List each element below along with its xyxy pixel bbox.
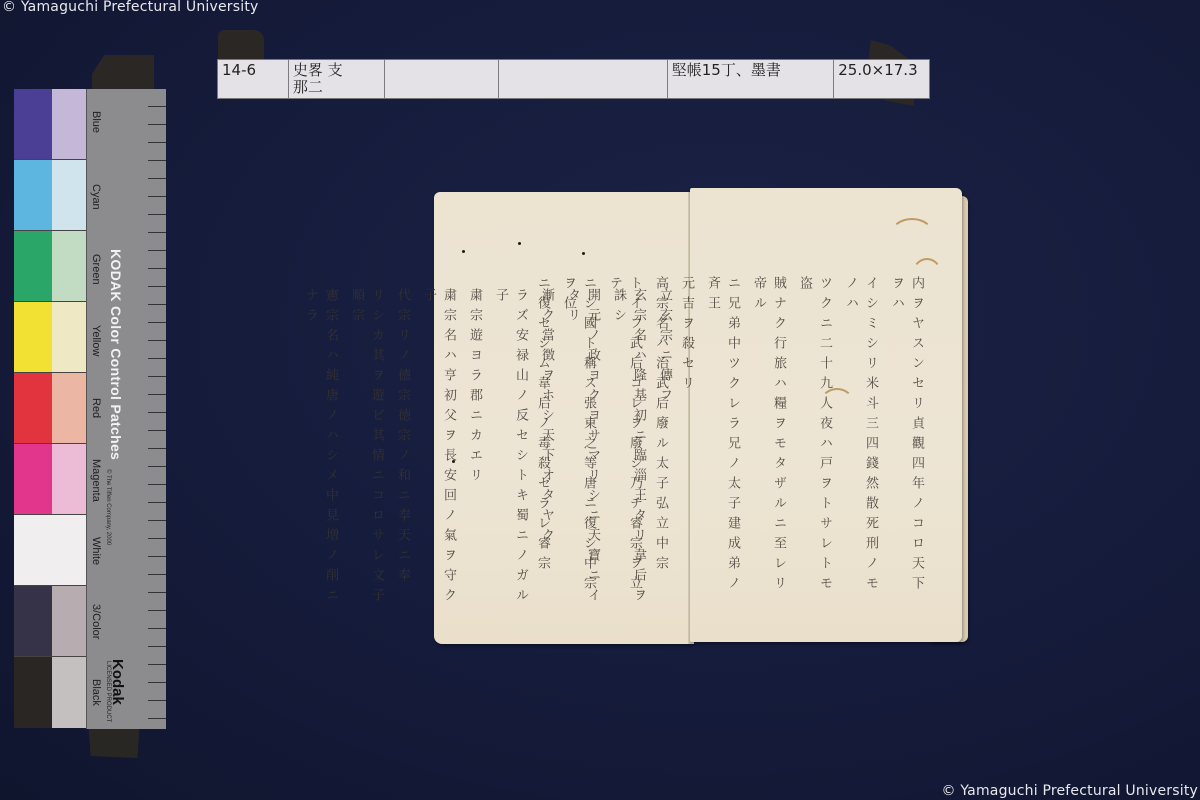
patch-black-light bbox=[52, 657, 86, 728]
text-column: ニシ國ト稱ス張東之等唐ニ復シ中宗ヲ位 bbox=[558, 276, 598, 606]
wormhole-trail bbox=[820, 388, 854, 418]
patch-label-3color: 3/Color bbox=[90, 604, 102, 639]
ink-spot bbox=[518, 242, 521, 245]
copyright-watermark-bottom: © Yamaguchi Prefectural University bbox=[942, 783, 1199, 799]
text-column: イシミシリ米斗三四錢然散死刑ノモノハ bbox=[840, 276, 880, 606]
text-column: リシカ其ヲ遊ビ其情ニコロサレ文子順宗 bbox=[346, 288, 386, 608]
patch-cyan-dark bbox=[14, 160, 52, 231]
patch-yellow-light bbox=[52, 302, 86, 373]
ruler-ticks bbox=[148, 89, 166, 729]
patch-label-cyan: Cyan bbox=[90, 184, 102, 210]
patch-white-spacer bbox=[52, 515, 86, 586]
patch-cyan-light bbox=[52, 160, 86, 231]
patch-green-light bbox=[52, 231, 86, 302]
text-column: ニ兄弟中ツクレラ兄ノ太子建成弟ノ斉王 bbox=[702, 276, 742, 606]
chart-copyright: © The Tiffen Company, 2000 bbox=[105, 469, 111, 545]
kodak-logo: Kodak bbox=[109, 659, 126, 705]
patch-magenta-dark bbox=[14, 444, 52, 515]
wormhole-trail bbox=[910, 258, 944, 302]
right-page-text: 内ヲヤスンセリ貞觀四年ノコロ天下ヲハ イシミシリ米斗三四錢然散死刑ノモノハ ツク… bbox=[532, 276, 926, 606]
text-column: 代宗リノ德宗徳宗ノ和ニ奉天ニ奉 bbox=[392, 288, 412, 608]
patch-blue-dark bbox=[14, 89, 52, 160]
patch-label-green: Green bbox=[90, 254, 102, 285]
text-column: 憲宗名ハ純唐ノハシメ中見増ノ削ニナラ bbox=[300, 288, 340, 608]
patch-label-yellow: Yellow bbox=[90, 325, 102, 356]
label-cell-empty-2 bbox=[499, 60, 668, 98]
text-column: 元吉ヲ殺セリ bbox=[676, 276, 696, 606]
kodak-color-chart: Blue Cyan Green Yellow Red Magenta White… bbox=[14, 89, 154, 729]
patch-blue-light bbox=[52, 89, 86, 160]
copyright-watermark-top: © Yamaguchi Prefectural University bbox=[2, 0, 259, 15]
text-column: 賊ナク行旅ハ糧ヲモタザルニ至レリ帝ル bbox=[748, 276, 788, 606]
text-column: トイフ武后コレヲ廢シ乃チ睿宗ヲ立テ bbox=[604, 276, 644, 606]
patch-label-black: Black bbox=[90, 679, 102, 706]
patch-magenta-light bbox=[52, 444, 86, 515]
color-patches-saturated bbox=[14, 89, 52, 728]
patch-label-red: Red bbox=[90, 398, 102, 418]
chart-title: KODAK Color Control Patches bbox=[108, 249, 124, 460]
ink-spot bbox=[582, 252, 585, 255]
color-patches-pastel bbox=[52, 89, 86, 728]
kodak-licensed-text: LICENSED PRODUCT bbox=[105, 661, 111, 722]
patch-3color-dark bbox=[14, 586, 52, 657]
ink-spot bbox=[452, 460, 455, 463]
tape-label-left bbox=[218, 30, 264, 60]
open-manuscript-book: 立玄宗ニ傳フ 玄宗名ハ隆基初ニ臨淄王タリ韋后ヲ誅シ 開元ノ政ヨクヨサマリシニ天寶… bbox=[432, 180, 972, 650]
patch-3color-light bbox=[52, 586, 86, 657]
catalog-label: 14-6 史畧 支 那二 堅帳15丁、墨書 25.0×17.3 bbox=[217, 59, 930, 99]
text-column: ツクニ二十九人夜ハ戸ヲトサレトモ盗 bbox=[794, 276, 834, 606]
label-cell-format: 堅帳15丁、墨書 bbox=[668, 60, 835, 98]
label-cell-title: 史畧 支 那二 bbox=[289, 60, 385, 98]
patch-black-dark bbox=[14, 657, 52, 728]
patch-green-dark bbox=[14, 231, 52, 302]
label-cell-id: 14-6 bbox=[218, 60, 289, 98]
ink-spot bbox=[462, 250, 465, 253]
label-cell-empty-1 bbox=[385, 60, 500, 98]
text-column: 粛宗名ハ亨初父ヲ長安回ノ氣ヲ守ク子 bbox=[418, 288, 458, 608]
patch-label-blue: Blue bbox=[90, 111, 102, 133]
patch-red-dark bbox=[14, 373, 52, 444]
patch-label-magenta: Magenta bbox=[90, 459, 102, 502]
text-column: 高宗名ハ治武后廢ル太子弘立中宗 bbox=[650, 276, 670, 606]
label-cell-dimensions: 25.0×17.3 bbox=[834, 60, 929, 98]
text-column: ラズ安禄山ノ反セシトキ蜀ニノガル子 bbox=[490, 288, 530, 608]
patch-yellow-dark bbox=[14, 302, 52, 373]
text-column: ニ復セシム韋后ノ毒殺セラレ睿宗 bbox=[532, 276, 552, 606]
patch-label-white: White bbox=[90, 537, 102, 565]
text-column: 内ヲヤスンセリ貞觀四年ノコロ天下ヲハ bbox=[886, 276, 926, 606]
patch-red-light bbox=[52, 373, 86, 444]
wormhole-trail bbox=[890, 218, 934, 252]
right-page: 内ヲヤスンセリ貞觀四年ノコロ天下ヲハ イシミシリ米斗三四錢然散死刑ノモノハ ツク… bbox=[690, 188, 962, 642]
text-column: 粛宗遊ヨラ郡ニカエリ bbox=[464, 288, 484, 608]
